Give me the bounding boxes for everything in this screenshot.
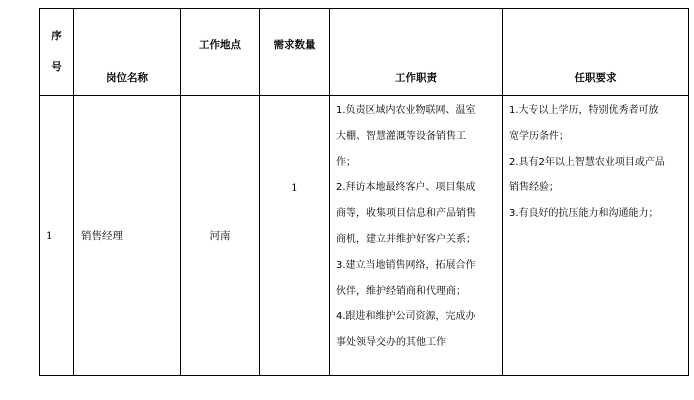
job-posting-table: 序 号 岗位名称 工作地点 需求数量 工作职责 任职要求 1 销售经理 河南 1…	[39, 8, 689, 376]
table-row: 1 销售经理 河南 1 1.负责区域内农业物联网、温室 大棚、智慧灌溉等设备销售…	[40, 96, 689, 376]
duty-line: 伙伴，维护经销商和代理商；	[336, 279, 496, 305]
cell-position: 销售经理	[74, 96, 181, 376]
requirement-line: 1.大专以上学历，特别优秀者可放	[509, 98, 682, 124]
cell-quantity: 1	[260, 96, 330, 376]
duty-line: 大棚、智慧灌溉等设备销售工	[336, 124, 496, 150]
requirement-line: 2.具有2年以上智慧农业项目或产品	[509, 150, 682, 176]
header-seq: 序 号	[40, 9, 74, 96]
cell-duties: 1.负责区域内农业物联网、温室 大棚、智慧灌溉等设备销售工 作； 2.拜访本地最…	[330, 96, 503, 376]
duty-line: 事处领导交办的其他工作	[336, 330, 496, 356]
duty-line: 3.建立当地销售网络，拓展合作	[336, 253, 496, 279]
header-row: 序 号 岗位名称 工作地点 需求数量 工作职责 任职要求	[40, 9, 689, 96]
header-duties: 工作职责	[330, 9, 503, 96]
requirement-line: 销售经验；	[509, 175, 682, 201]
duty-line: 1.负责区域内农业物联网、温室	[336, 98, 496, 124]
header-requirements: 任职要求	[503, 9, 689, 96]
header-location: 工作地点	[181, 9, 260, 96]
cell-location: 河南	[181, 96, 260, 376]
header-seq-line-1: 序	[40, 21, 73, 52]
cell-requirements: 1.大专以上学历，特别优秀者可放 宽学历条件； 2.具有2年以上智慧农业项目或产…	[503, 96, 689, 376]
duty-line: 商机，建立并维护好客户关系；	[336, 227, 496, 253]
requirement-line: 3.有良好的抗压能力和沟通能力；	[509, 201, 682, 227]
cell-seq: 1	[40, 96, 74, 376]
duty-line: 4.跟进和维护公司资源，完成办	[336, 304, 496, 330]
duty-line: 2.拜访本地最终客户、项目集成	[336, 175, 496, 201]
header-seq-line-2: 号	[40, 52, 73, 83]
header-quantity: 需求数量	[260, 9, 330, 96]
header-position: 岗位名称	[74, 9, 181, 96]
duty-line: 作；	[336, 150, 496, 176]
duty-line: 商等，收集项目信息和产品销售	[336, 201, 496, 227]
requirement-line: 宽学历条件；	[509, 124, 682, 150]
